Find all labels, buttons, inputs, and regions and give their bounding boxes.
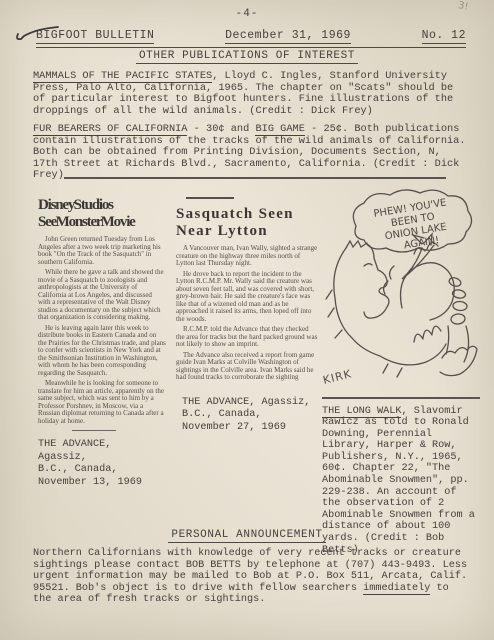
publications-section-heading: OTHER PUBLICATIONS OF INTEREST <box>0 50 494 62</box>
clipping-paragraph: A Vancouver man, Ivan Wally, sighted a s… <box>176 245 318 268</box>
clipping-paragraph: While there he gave a talk and showed th… <box>38 269 166 322</box>
clipping-paragraph: He is leaving again later this week to d… <box>38 325 166 378</box>
clipping-headline: Disney Studios See Monster Movie <box>38 197 166 231</box>
clipping-headline: Sasquatch Seen Near Lytton <box>176 206 318 240</box>
bigfoot-cartoon: PHEW! YOU'VE BEEN TO ONION LAKE AGAIN! K… <box>322 186 482 390</box>
horizontal-rule <box>322 397 480 399</box>
emphasized-word: immediately <box>363 583 430 595</box>
cartoon-signature: KIRK <box>322 367 353 387</box>
announcement-text: Northern Californians with knowledge of … <box>33 548 469 606</box>
right-column: PHEW! YOU'VE BEEN TO ONION LAKE AGAIN! K… <box>322 186 482 556</box>
clipping-paragraph: He drove back to report the incident to … <box>176 271 318 324</box>
clipping-top-rule <box>186 197 234 199</box>
clipping-disney-studios: Disney Studios See Monster Movie John Gr… <box>38 197 166 489</box>
page-number: -4- <box>0 8 494 20</box>
bulletin-title: BIGFOOT BULLETIN <box>36 29 154 44</box>
publication-item-mammals: MAMMALS OF THE PACIFIC STATES, Lloyd C. … <box>33 71 467 117</box>
speech-bubble-text: PHEW! YOU'VE BEEN TO ONION LAKE AGAIN! <box>373 197 453 255</box>
newsletter-page: 3! -4- BIGFOOT BULLETIN December 31, 196… <box>0 0 494 640</box>
masthead: BIGFOOT BULLETIN December 31, 1969 No. 1… <box>36 29 466 48</box>
clipping-paragraph: John Green returned Tuesday from Los Ang… <box>38 236 166 266</box>
horizontal-rule <box>64 177 446 179</box>
clipping-paragraph: The Advance also received a report from … <box>176 352 318 382</box>
clipping-source-caption: THE ADVANCE, Agassiz, B.C., Canada, Nove… <box>182 397 318 435</box>
publication-item-fur-bearers: FUR BEARERS OF CALIFORNIA - 30¢ and BIG … <box>33 124 467 182</box>
clipping-paragraph: Meanwhile he is looking for someone to t… <box>38 380 166 425</box>
clipping-end-rule <box>72 430 116 431</box>
issue-date: December 31, 1969 <box>225 29 351 44</box>
clipping-sasquatch-lytton: Sasquatch Seen Near Lytton A Vancouver m… <box>176 197 318 434</box>
clipping-source-caption: THE ADVANCE, Agassiz, B.C., Canada, Nove… <box>38 439 166 489</box>
issue-number: No. 12 <box>422 29 466 44</box>
publication-title: THE LONG WALK <box>322 406 401 418</box>
announcement-heading: PERSONAL ANNOUNCEMENT <box>0 529 494 541</box>
clipping-paragraph: R.C.M.P. told the Advance that they chec… <box>176 326 318 349</box>
